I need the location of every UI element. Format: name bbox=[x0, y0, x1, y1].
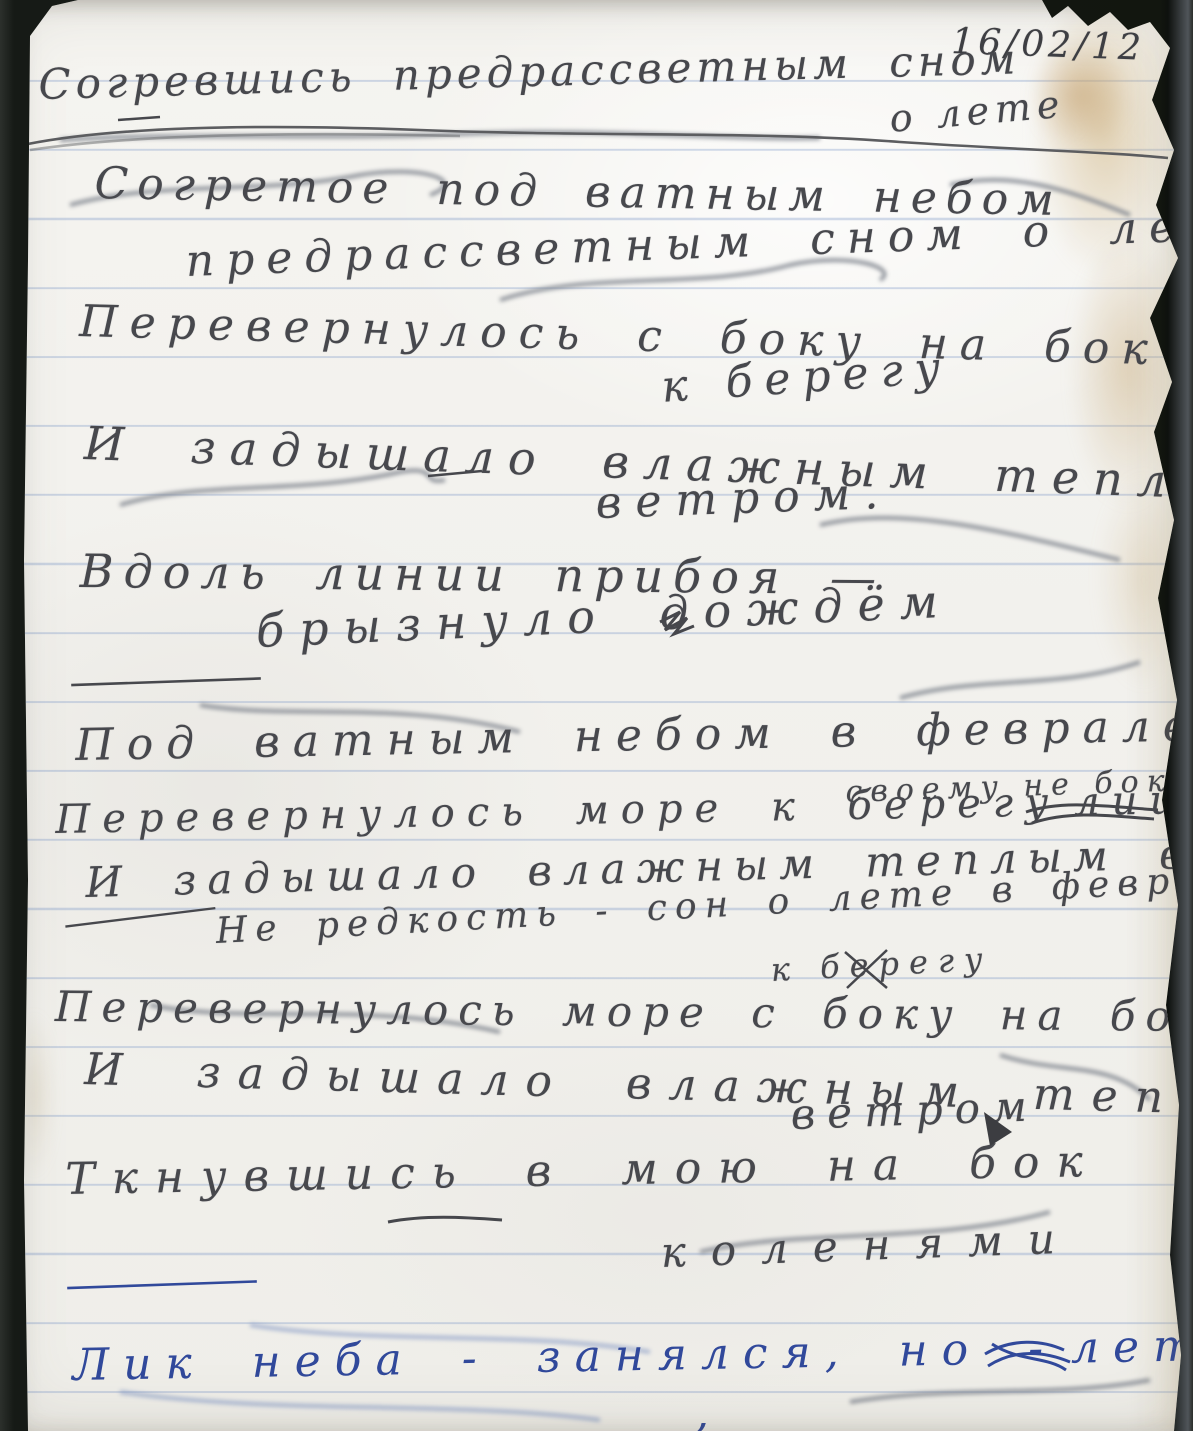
scanned-notebook-page: { "date": "16/02/12", "pencil_lines": [ … bbox=[0, 0, 1193, 1431]
scan-vignette bbox=[0, 0, 1193, 1431]
paper-sheet: 16/02/12 Согревшись предрассветным сном … bbox=[0, 0, 1193, 1431]
